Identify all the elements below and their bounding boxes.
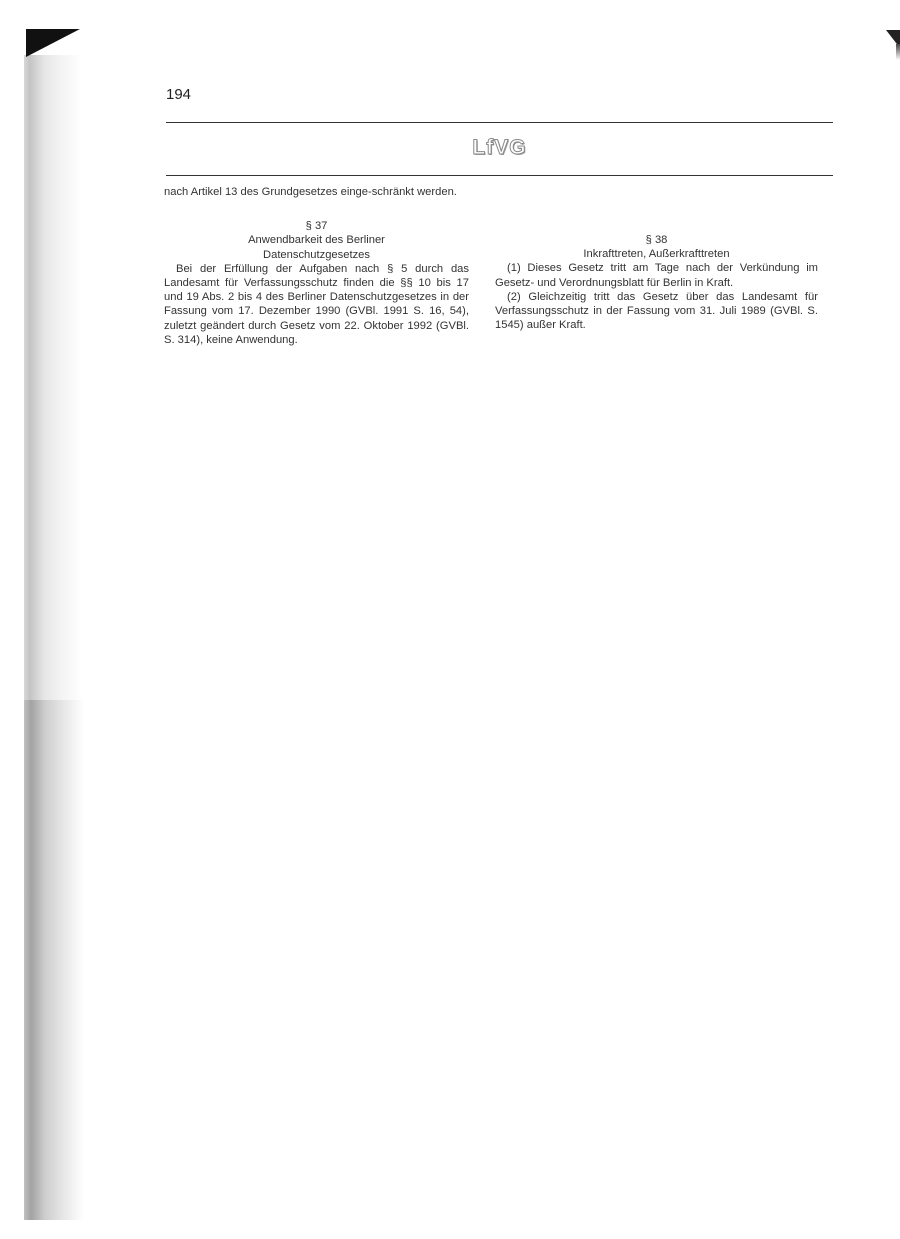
header-logo: LfVG (166, 136, 833, 160)
section-37-title-line1: Anwendbarkeit des Berliner (164, 233, 469, 247)
header-rule-bottom (166, 175, 833, 176)
scan-binding-shadow-lower (24, 700, 84, 1220)
section-38-paragraph-1: (1) Dieses Gesetz tritt am Tage nach der… (495, 261, 818, 289)
header-rule-top (166, 122, 833, 123)
section-38-number: § 38 (495, 233, 818, 247)
right-column: § 38 Inkrafttreten, Außerkrafttreten (1)… (495, 233, 818, 332)
section-37-title-line2: Datenschutzgesetzes (164, 248, 469, 262)
section-38-title: Inkrafttreten, Außerkrafttreten (495, 247, 818, 261)
scan-corner-left (26, 29, 80, 57)
continuation-text: nach Artikel 13 des Grundgesetzes einge-… (164, 185, 469, 199)
section-37-number: § 37 (164, 219, 469, 233)
section-37-body: Bei der Erfüllung der Aufgaben nach § 5 … (164, 262, 469, 347)
scan-corner-right-tail (896, 44, 900, 60)
section-38-paragraph-2: (2) Gleichzeitig tritt das Gesetz über d… (495, 290, 818, 333)
left-column: nach Artikel 13 des Grundgesetzes einge-… (164, 185, 469, 347)
spacer (164, 199, 469, 219)
page-number: 194 (166, 86, 191, 103)
